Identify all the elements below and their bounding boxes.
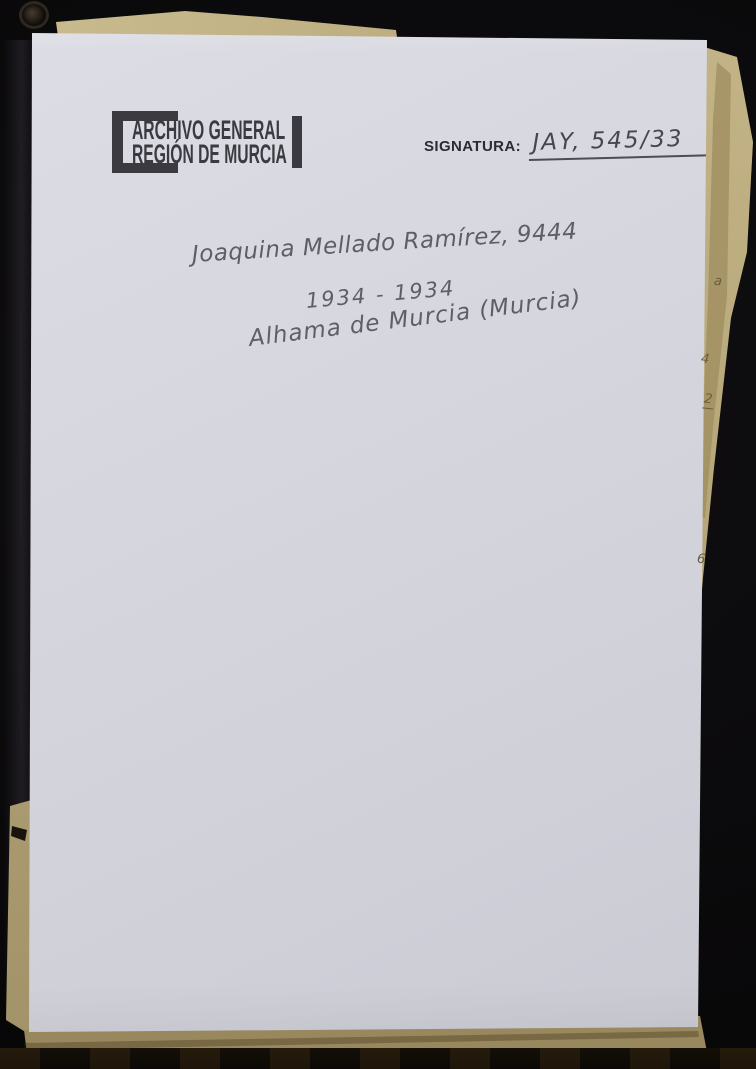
signatura-value: JAY, 545/33 — [528, 125, 706, 161]
margin-note: 4 — [700, 352, 710, 368]
stamp-bar-icon — [292, 116, 302, 168]
archive-stamp: ARCHIVO GENERAL REGIÓN DE MURCIA — [112, 111, 308, 175]
document-photo: ARCHIVO GENERAL REGIÓN DE MURCIA SIGNATU… — [0, 0, 756, 1069]
screw-head — [19, 1, 49, 29]
signatura-field: SIGNATURA: JAY, 545/33 — [424, 130, 706, 161]
margin-note: 2 — [702, 391, 715, 409]
margin-note: a — [713, 274, 722, 290]
stamp-text: ARCHIVO GENERAL REGIÓN DE MURCIA — [132, 118, 287, 166]
margin-note: 6 — [696, 552, 706, 568]
signatura-label: SIGNATURA: — [424, 130, 521, 155]
stamp-line2: REGIÓN DE MURCIA — [132, 142, 287, 166]
background-bottom-shadow — [0, 1048, 756, 1069]
